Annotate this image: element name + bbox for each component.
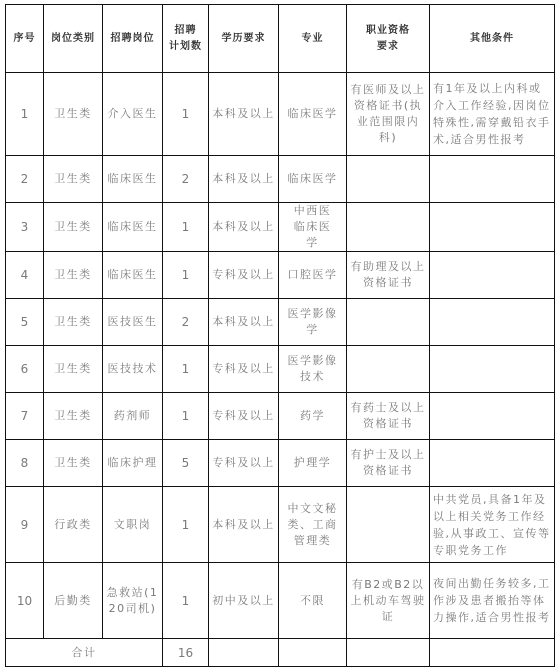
cell-qualification — [347, 203, 430, 252]
cell-count: 2 — [163, 156, 209, 203]
cell-major: 医学影像技术 — [279, 346, 347, 393]
total-empty — [279, 639, 347, 667]
cell-category: 卫生类 — [44, 203, 103, 252]
cell-major: 药学 — [279, 393, 347, 440]
cell-position: 介入医生 — [103, 73, 163, 156]
cell-education: 初中及以上 — [209, 563, 279, 639]
cell-major: 不限 — [279, 563, 347, 639]
cell-count: 1 — [163, 393, 209, 440]
cell-no: 2 — [6, 156, 44, 203]
header-category: 岗位类别 — [44, 5, 103, 73]
total-empty — [430, 639, 555, 667]
cell-count: 1 — [163, 563, 209, 639]
cell-no: 6 — [6, 346, 44, 393]
table-row: 10 后勤类 急救站(120司机) 1 初中及以上 不限 有B2或B2以上机动车… — [6, 563, 555, 639]
header-major: 专业 — [279, 5, 347, 73]
cell-other — [430, 203, 555, 252]
cell-category: 卫生类 — [44, 299, 103, 346]
cell-education: 本科及以上 — [209, 156, 279, 203]
cell-category: 后勤类 — [44, 563, 103, 639]
cell-count: 1 — [163, 252, 209, 299]
cell-category: 行政类 — [44, 487, 103, 563]
cell-major: 临床医学 — [279, 156, 347, 203]
total-count: 16 — [163, 639, 209, 667]
recruitment-table: 序号 岗位类别 招聘岗位 招聘 计划数 学历要求 专业 职业资格 要求 其他条件… — [5, 4, 555, 667]
cell-other — [430, 299, 555, 346]
cell-position: 急救站(120司机) — [103, 563, 163, 639]
cell-no: 7 — [6, 393, 44, 440]
cell-qualification — [347, 299, 430, 346]
cell-no: 9 — [6, 487, 44, 563]
cell-count: 1 — [163, 346, 209, 393]
total-label: 合计 — [6, 639, 163, 667]
cell-education: 本科及以上 — [209, 73, 279, 156]
table-row: 6 卫生类 医技技术 1 专科及以上 医学影像技术 — [6, 346, 555, 393]
cell-no: 8 — [6, 440, 44, 487]
cell-major: 中文文秘类、工商管理类 — [279, 487, 347, 563]
cell-position: 临床医生 — [103, 156, 163, 203]
cell-position: 文职岗 — [103, 487, 163, 563]
cell-major: 口腔医学 — [279, 252, 347, 299]
cell-category: 卫生类 — [44, 252, 103, 299]
cell-other: 中共党员,具备1年及以上相关党务工作经验,从事政工、宣传等专职党务工作 — [430, 487, 555, 563]
cell-major: 中西医临床医学 — [279, 203, 347, 252]
cell-other — [430, 252, 555, 299]
cell-qualification: 有B2或B2以上机动车驾驶证 — [347, 563, 430, 639]
cell-position: 医技技术 — [103, 346, 163, 393]
cell-qualification — [347, 156, 430, 203]
cell-position: 药剂师 — [103, 393, 163, 440]
cell-major: 护理学 — [279, 440, 347, 487]
cell-education: 专科及以上 — [209, 346, 279, 393]
header-qualification: 职业资格 要求 — [347, 5, 430, 73]
cell-education: 本科及以上 — [209, 487, 279, 563]
header-other: 其他条件 — [430, 5, 555, 73]
table-row: 7 卫生类 药剂师 1 专科及以上 药学 有药士及以上资格证书 — [6, 393, 555, 440]
cell-count: 5 — [163, 440, 209, 487]
header-count: 招聘 计划数 — [163, 5, 209, 73]
cell-category: 卫生类 — [44, 440, 103, 487]
cell-education: 专科及以上 — [209, 252, 279, 299]
cell-other — [430, 156, 555, 203]
total-empty — [209, 639, 279, 667]
table-row: 2 卫生类 临床医生 2 本科及以上 临床医学 — [6, 156, 555, 203]
cell-position: 临床护理 — [103, 440, 163, 487]
cell-major: 医学影像学 — [279, 299, 347, 346]
header-education: 学历要求 — [209, 5, 279, 73]
total-row: 合计 16 — [6, 639, 555, 667]
cell-category: 卫生类 — [44, 393, 103, 440]
table-row: 5 卫生类 医技医生 2 本科及以上 医学影像学 — [6, 299, 555, 346]
cell-other — [430, 346, 555, 393]
table-row: 8 卫生类 临床护理 5 专科及以上 护理学 有护士及以上资格证书 — [6, 440, 555, 487]
cell-count: 1 — [163, 73, 209, 156]
cell-count: 2 — [163, 299, 209, 346]
cell-no: 10 — [6, 563, 44, 639]
total-empty — [347, 639, 430, 667]
cell-qualification: 有药士及以上资格证书 — [347, 393, 430, 440]
cell-no: 3 — [6, 203, 44, 252]
cell-category: 卫生类 — [44, 73, 103, 156]
cell-no: 5 — [6, 299, 44, 346]
cell-major: 临床医学 — [279, 73, 347, 156]
header-position: 招聘岗位 — [103, 5, 163, 73]
header-no: 序号 — [6, 5, 44, 73]
cell-education: 本科及以上 — [209, 299, 279, 346]
table-row: 3 卫生类 临床医生 1 本科及以上 中西医临床医学 — [6, 203, 555, 252]
table-row: 4 卫生类 临床医生 1 专科及以上 口腔医学 有助理及以上资格证书 — [6, 252, 555, 299]
cell-education: 专科及以上 — [209, 440, 279, 487]
cell-no: 1 — [6, 73, 44, 156]
cell-other: 夜间出勤任务较多,工作涉及患者搬抬等体力操作,适合男性报考 — [430, 563, 555, 639]
cell-count: 1 — [163, 487, 209, 563]
cell-count: 1 — [163, 203, 209, 252]
cell-no: 4 — [6, 252, 44, 299]
header-row: 序号 岗位类别 招聘岗位 招聘 计划数 学历要求 专业 职业资格 要求 其他条件 — [6, 5, 555, 73]
cell-category: 卫生类 — [44, 156, 103, 203]
cell-other: 有1年及以上内科或介入工作经验,因岗位特殊性,需穿戴铅衣手术,适合男性报考 — [430, 73, 555, 156]
cell-education: 专科及以上 — [209, 393, 279, 440]
cell-other — [430, 393, 555, 440]
cell-other — [430, 440, 555, 487]
cell-position: 临床医生 — [103, 252, 163, 299]
cell-position: 医技医生 — [103, 299, 163, 346]
table-row: 1 卫生类 介入医生 1 本科及以上 临床医学 有医师及以上资格证书(执业范围限… — [6, 73, 555, 156]
table-row: 9 行政类 文职岗 1 本科及以上 中文文秘类、工商管理类 中共党员,具备1年及… — [6, 487, 555, 563]
cell-position: 临床医生 — [103, 203, 163, 252]
cell-category: 卫生类 — [44, 346, 103, 393]
cell-qualification — [347, 487, 430, 563]
cell-qualification: 有医师及以上资格证书(执业范围限内科) — [347, 73, 430, 156]
cell-qualification: 有护士及以上资格证书 — [347, 440, 430, 487]
cell-qualification: 有助理及以上资格证书 — [347, 252, 430, 299]
cell-qualification — [347, 346, 430, 393]
cell-education: 本科及以上 — [209, 203, 279, 252]
